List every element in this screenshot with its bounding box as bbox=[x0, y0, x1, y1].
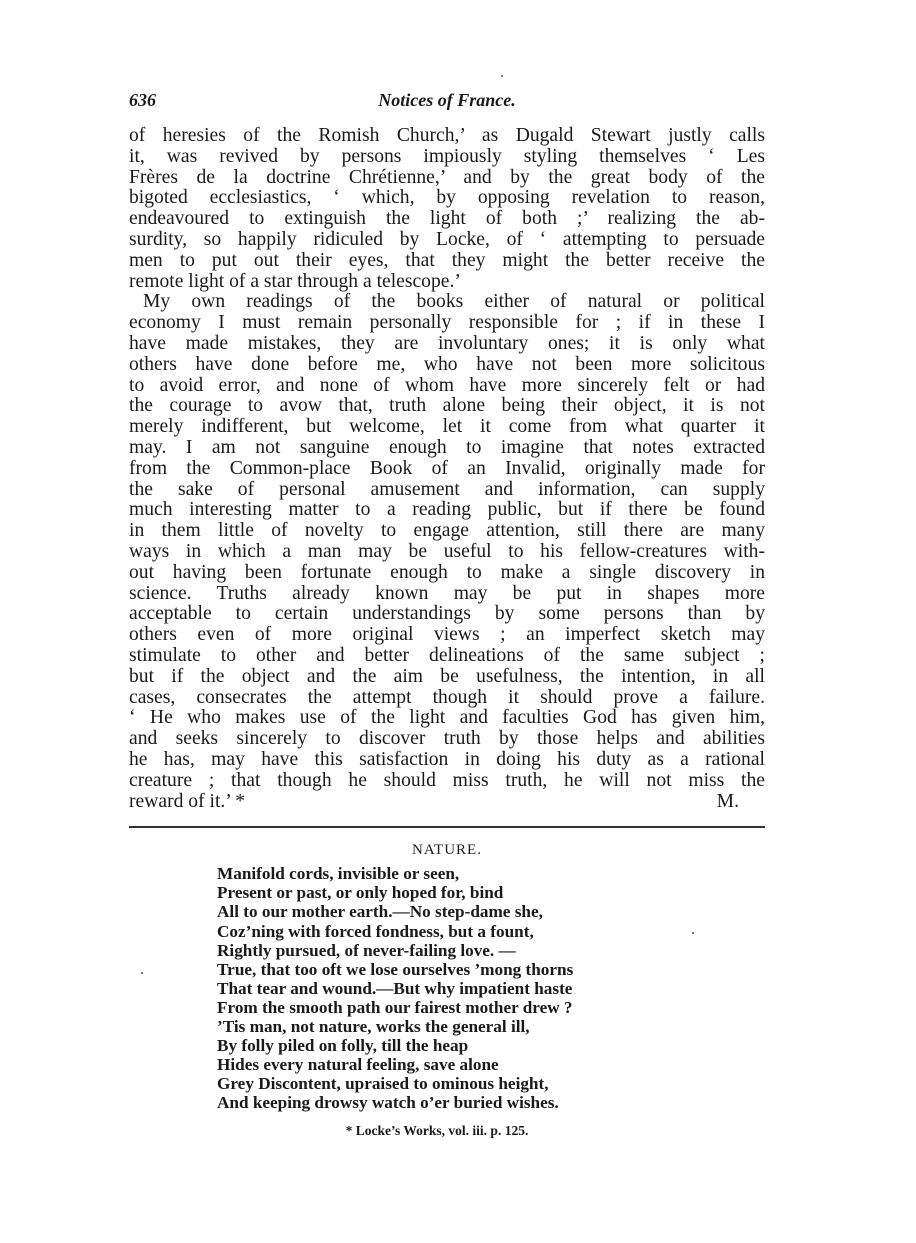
poem-verse: By folly piled on folly, till the heap bbox=[217, 1036, 765, 1055]
poem-verse: From the smooth path our fairest mother … bbox=[217, 998, 765, 1017]
poem-body: Manifold cords, invisible or seen, Prese… bbox=[217, 864, 765, 1112]
footnote: * Locke’s Works, vol. iii. p. 125. bbox=[129, 1123, 765, 1139]
author-signature: M. bbox=[717, 792, 739, 813]
prose-line: out having been fortunate enough to make… bbox=[129, 563, 765, 584]
running-title: Notices of France. bbox=[129, 90, 765, 111]
prose-line: Frères de la doctrine Chrétienne,’ and b… bbox=[129, 168, 765, 189]
prose-line: merely indifferent, but welcome, let it … bbox=[129, 417, 765, 438]
paragraph-start-line: My own readings of the books either of n… bbox=[129, 292, 765, 313]
book-page: 636 Notices of France. of heresies of th… bbox=[129, 88, 765, 1139]
poem-verse: Coz’ning with forced fondness, but a fou… bbox=[217, 922, 765, 941]
prose-line: the courage to avow that, truth alone be… bbox=[129, 396, 765, 417]
prose-line: from the Common-place Book of an Invalid… bbox=[129, 459, 765, 480]
prose-line: creature ; that though he should miss tr… bbox=[129, 771, 765, 792]
poem-verse: And keeping drowsy watch o’er buried wis… bbox=[217, 1093, 765, 1112]
prose-line: acceptable to certain understandings by … bbox=[129, 604, 765, 625]
prose-line: much interesting matter to a reading pub… bbox=[129, 500, 765, 521]
poem-verse: Rightly pursued, of never-failing love. … bbox=[217, 941, 765, 960]
prose-line: surdity, so happily ridiculed by Locke, … bbox=[129, 230, 765, 251]
poem-verse: ’Tis man, not nature, works the general … bbox=[217, 1017, 765, 1036]
print-speck bbox=[692, 932, 694, 934]
prose-line: men to put out their eyes, that they mig… bbox=[129, 251, 765, 272]
poem-title: NATURE. bbox=[129, 842, 765, 864]
prose-line: but if the object and the aim be usefuln… bbox=[129, 667, 765, 688]
running-head: 636 Notices of France. bbox=[129, 88, 765, 112]
print-speck bbox=[141, 972, 143, 974]
poem-verse: True, that too oft we lose ourselves ’mo… bbox=[217, 960, 765, 979]
prose-line: bigoted ecclesiastics, ‘ which, by oppos… bbox=[129, 188, 765, 209]
poem-verse: Hides every natural feeling, save alone bbox=[217, 1055, 765, 1074]
prose-line: ‘ He who makes use of the light and facu… bbox=[129, 708, 765, 729]
prose-line: and seeks sincerely to discover truth by… bbox=[129, 729, 765, 750]
prose-line: he has, may have this satisfaction in do… bbox=[129, 750, 765, 771]
prose-line: of heresies of the Romish Church,’ as Du… bbox=[129, 126, 765, 147]
final-prose-line: reward of it.’ * bbox=[129, 792, 245, 813]
poem-verse: All to our mother earth.—No step-dame sh… bbox=[217, 902, 765, 921]
prose-line: it, was revived by persons impiously sty… bbox=[129, 147, 765, 168]
section-divider bbox=[129, 826, 765, 828]
print-speck bbox=[501, 75, 503, 77]
closing-line: reward of it.’ * M. bbox=[129, 792, 765, 813]
prose-line: stimulate to other and better delineatio… bbox=[129, 646, 765, 667]
prose-line: have made mistakes, they are involuntary… bbox=[129, 334, 765, 355]
prose-line: remote light of a star through a telesco… bbox=[129, 272, 765, 293]
poem-verse: Manifold cords, invisible or seen, bbox=[217, 864, 765, 883]
prose-line: science. Truths already known may be put… bbox=[129, 584, 765, 605]
prose-line: others even of more original views ; an … bbox=[129, 625, 765, 646]
prose-line: ways in which a man may be useful to his… bbox=[129, 542, 765, 563]
prose-line: in them little of novelty to engage atte… bbox=[129, 521, 765, 542]
poem-verse: Grey Discontent, upraised to ominous hei… bbox=[217, 1074, 765, 1093]
prose-line: cases, consecrates the attempt though it… bbox=[129, 688, 765, 709]
prose-line: to avoid error, and none of whom have mo… bbox=[129, 376, 765, 397]
prose-body: of heresies of the Romish Church,’ as Du… bbox=[129, 126, 765, 812]
prose-line: others have done before me, who have not… bbox=[129, 355, 765, 376]
prose-line: the sake of personal amusement and infor… bbox=[129, 480, 765, 501]
prose-line: economy I must remain personally respons… bbox=[129, 313, 765, 334]
prose-line: may. I am not sanguine enough to imagine… bbox=[129, 438, 765, 459]
poem-verse: That tear and wound.—But why impatient h… bbox=[217, 979, 765, 998]
prose-line: endeavoured to extinguish the light of b… bbox=[129, 209, 765, 230]
poem-verse: Present or past, or only hoped for, bind bbox=[217, 883, 765, 902]
